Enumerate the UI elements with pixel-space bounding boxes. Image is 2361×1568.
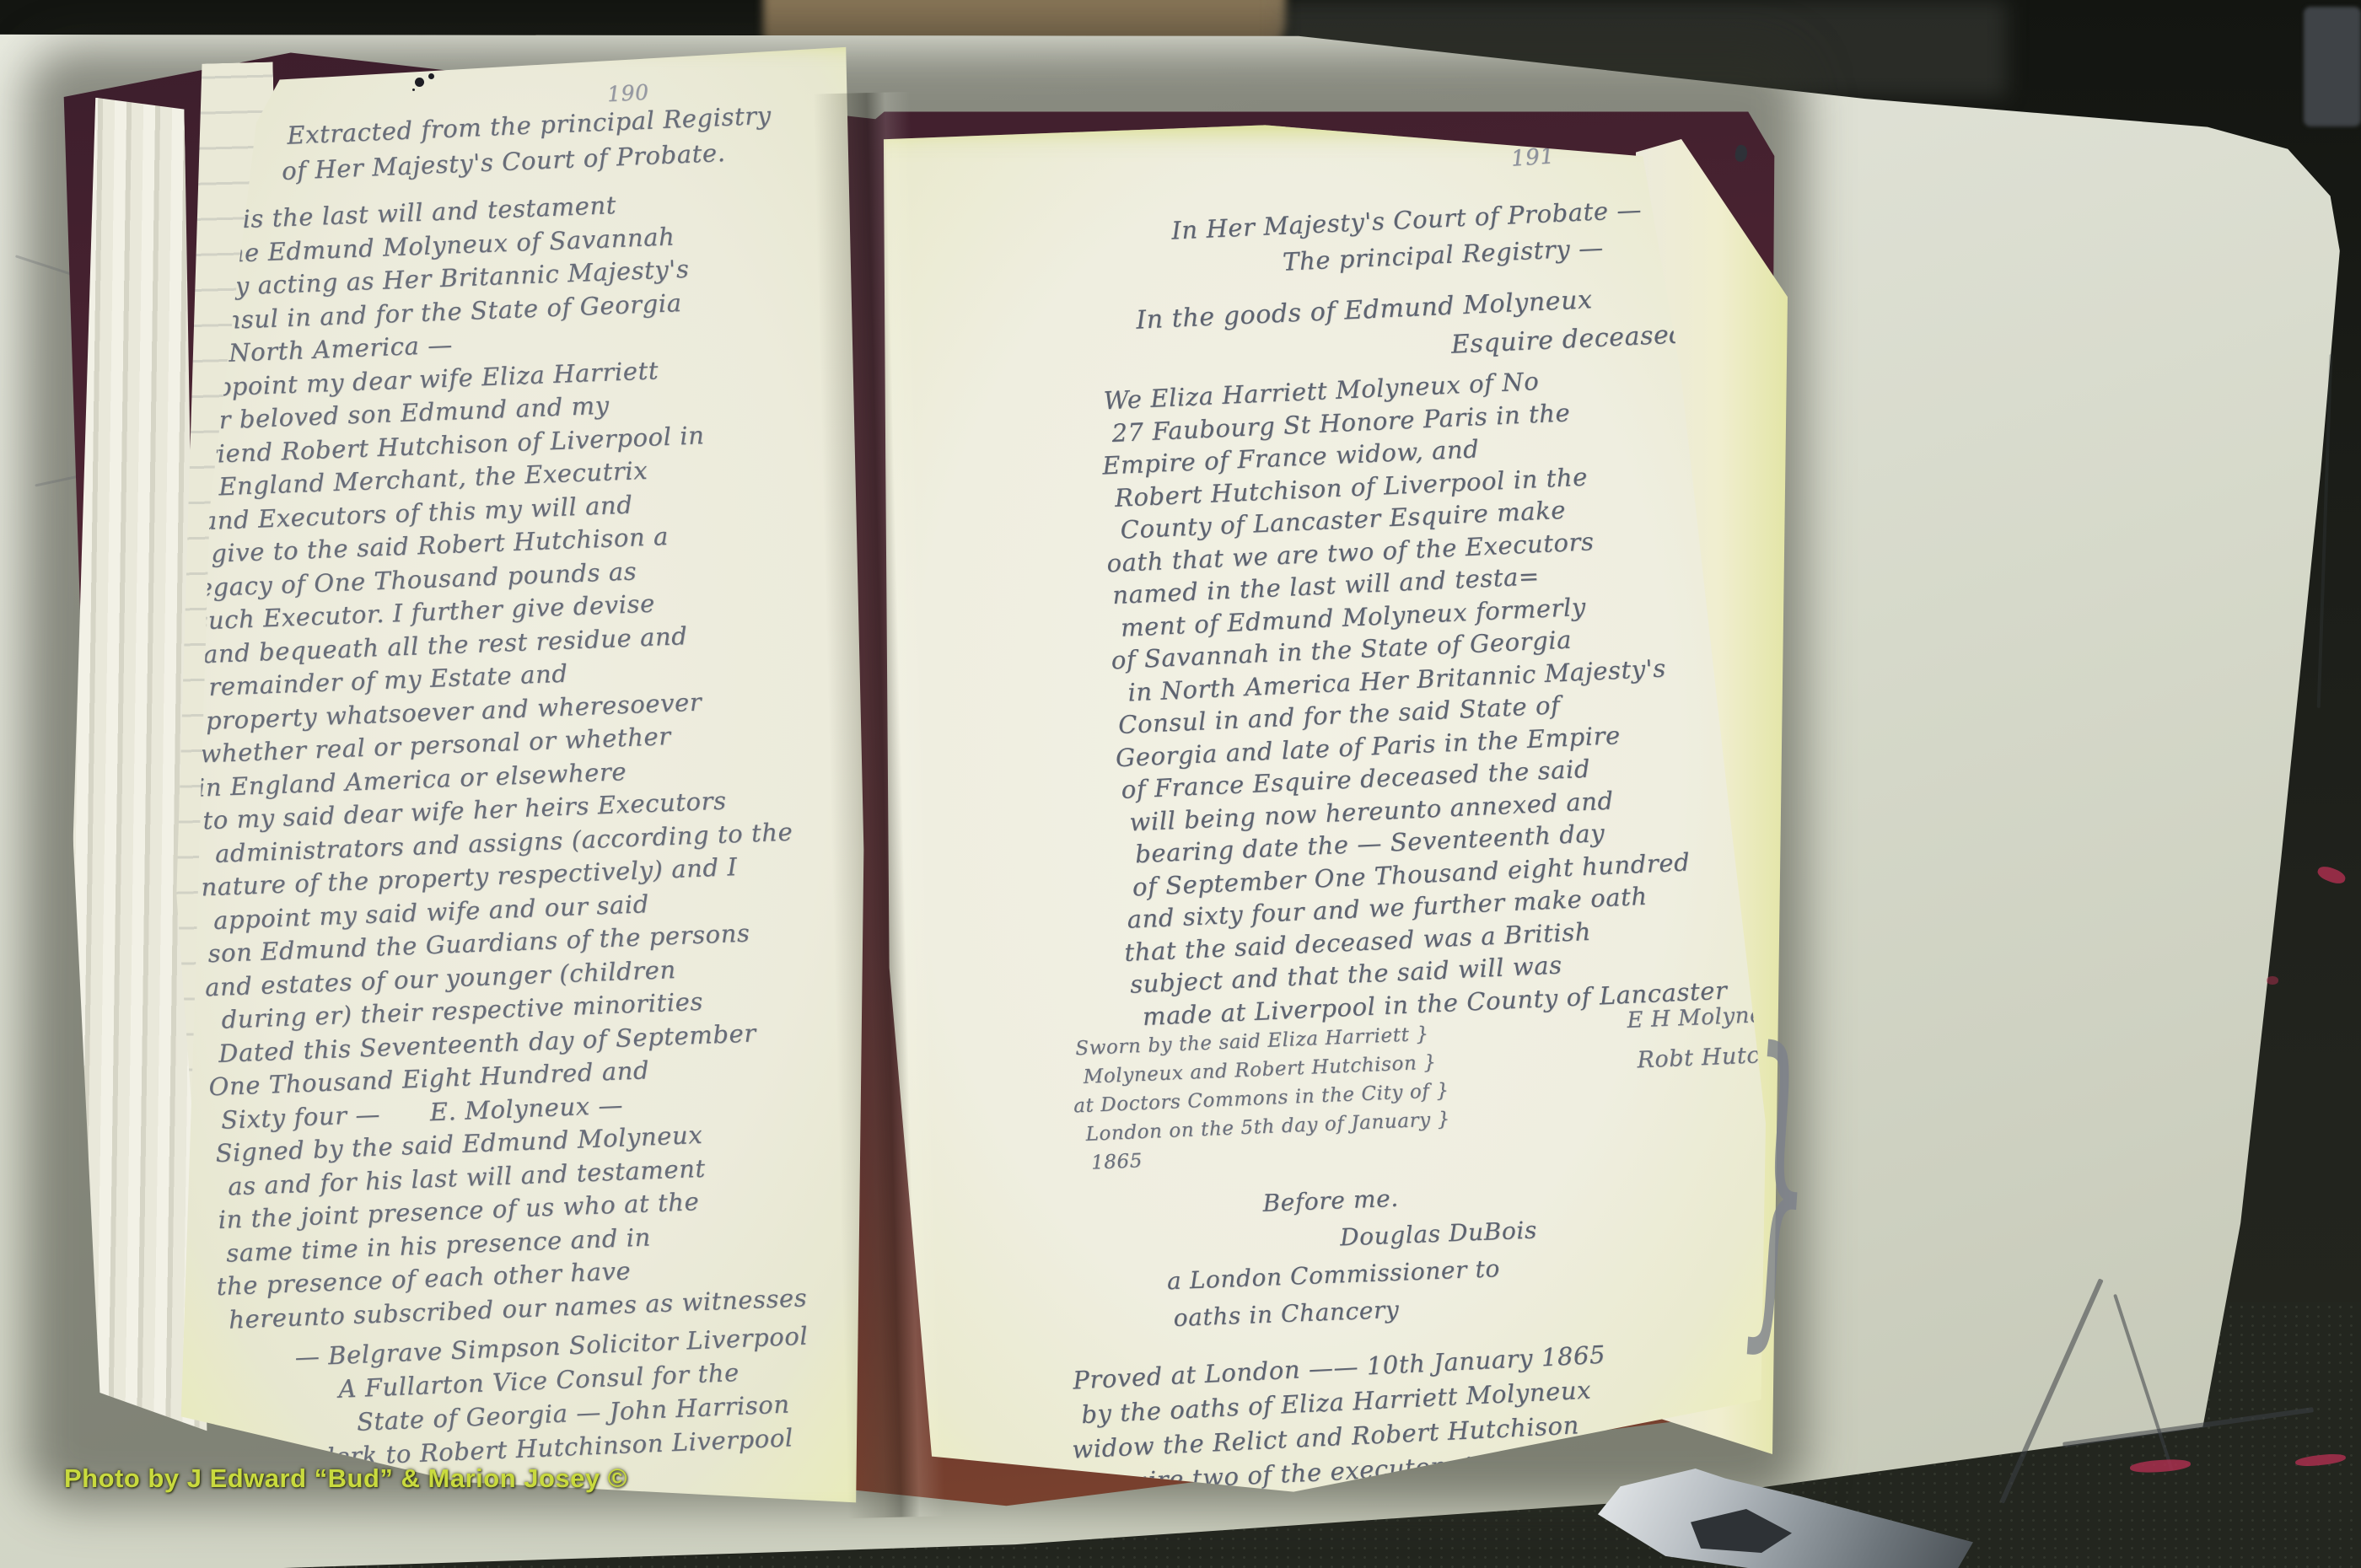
right-page-jurat-block: Sworn by the said Eliza Harriett }Molyne… [1075,1019,1452,1178]
ink-squiggle-brace: } [1743,982,1811,1388]
photo-credit-watermark: Photo by J Edward “Bud” & Marion Josey © [64,1463,627,1494]
left-page-body: This is the last will and testamentof me… [179,183,811,1337]
ink-blot-dots [415,78,424,87]
before-me-block: Before me.Douglas DuBoisa London Commiss… [1157,1174,1541,1337]
left-page-witness-block: — Belgrave Simpson Solicitor LiverpoolA … [259,1318,813,1476]
background-gray-object [2304,7,2361,126]
right-page-body: We Eliza Harriett Molyneux of No27 Faubo… [1103,357,1728,1033]
left-page-header: Extracted from the principal Registryof … [273,98,774,190]
handwritten-line: Douglas DuBois [1339,1211,1537,1256]
right-page: 191 In Her Majesty's Court of Probate —T… [869,118,1813,1534]
red-paint-dot [2267,976,2278,985]
right-page-header: In Her Majesty's Court of Probate —The p… [1170,191,1644,285]
photo-scene: 190 Extracted from the principal Registr… [0,0,2361,1568]
jurat-lines: Sworn by the said Eliza Harriett }Molyne… [1075,1019,1452,1178]
red-paint-mark [2315,864,2347,887]
